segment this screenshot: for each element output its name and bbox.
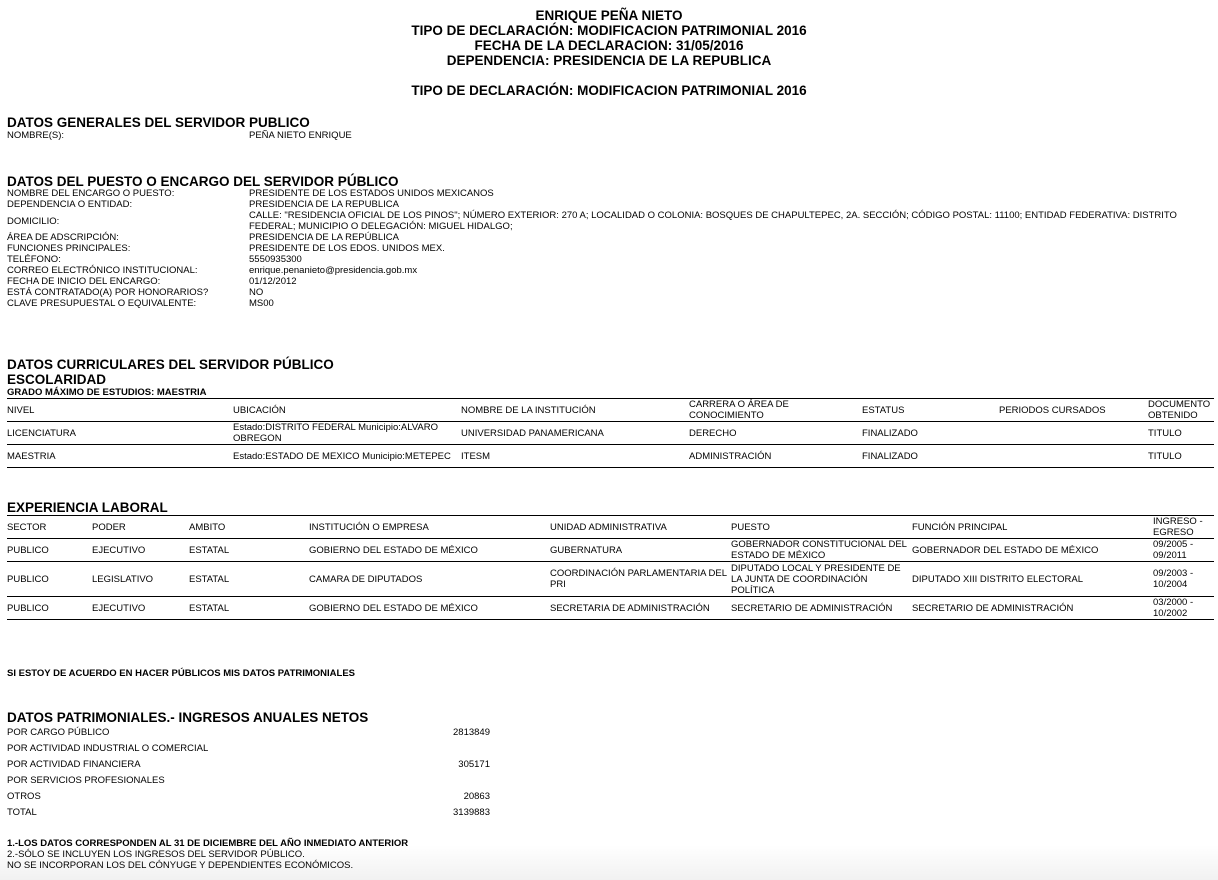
- kv-row: FUNCIONES PRINCIPALES:PRESIDENTE DE LOS …: [7, 243, 1209, 254]
- column-header: DOCUMENTO OBTENIDO: [1148, 399, 1214, 422]
- declaration-date: FECHA DE LA DECLARACION: 31/05/2016: [0, 38, 1218, 53]
- cell: 09/2005 - 09/2011: [1153, 539, 1214, 562]
- kv-value: PEÑA NIETO ENRIQUE: [249, 130, 1209, 141]
- cell: Estado:DISTRITO FEDERAL Municipio:ALVARO…: [233, 422, 461, 445]
- cell: PUBLICO: [7, 539, 92, 562]
- cell: TITULO: [1148, 422, 1214, 445]
- kv-row: NOMBRE DEL ENCARGO O PUESTO:PRESIDENTE D…: [7, 188, 1209, 199]
- declaration-dependency: DEPENDENCIA: PRESIDENCIA DE LA REPUBLICA: [0, 53, 1218, 68]
- cell: 09/2003 - 10/2004: [1153, 562, 1214, 597]
- column-header: INGRESO - EGRESO: [1153, 516, 1214, 539]
- cell: MAESTRIA: [7, 445, 233, 468]
- table-row: MAESTRIA Estado:ESTADO DE MEXICO Municip…: [7, 445, 1214, 468]
- kv-value: 01/12/2012: [249, 276, 1209, 287]
- kv-row: DOMICILIO:CALLE: "RESIDENCIA OFICIAL DE …: [7, 210, 1209, 232]
- income-row: POR CARGO PÚBLICO2813849: [7, 727, 490, 743]
- kv-label: ÁREA DE ADSCRIPCIÓN:: [7, 232, 249, 243]
- kv-row: CLAVE PRESUPUESTAL O EQUIVALENTE:MS00: [7, 298, 1209, 309]
- cell: TITULO: [1148, 445, 1214, 468]
- cell: ESTATAL: [189, 539, 309, 562]
- kv-value: PRESIDENCIA DE LA REPÚBLICA: [249, 232, 1209, 243]
- column-header: INSTITUCIÓN O EMPRESA: [309, 516, 550, 539]
- escolaridad-table: NIVEL UBICACIÓN NOMBRE DE LA INSTITUCIÓN…: [7, 398, 1214, 468]
- cell: SECRETARIA DE ADMINISTRACIÓN: [550, 597, 731, 620]
- kv-label: FUNCIONES PRINCIPALES:: [7, 243, 249, 254]
- experiencia-table: SECTOR PODER AMBITO INSTITUCIÓN O EMPRES…: [7, 515, 1214, 620]
- document-header: ENRIQUE PEÑA NIETO TIPO DE DECLARACIÓN: …: [0, 8, 1218, 98]
- income-row: POR SERVICIOS PROFESIONALES: [7, 775, 490, 791]
- cell: FINALIZADO: [862, 422, 999, 445]
- section-title-curriculares: DATOS CURRICULARES DEL SERVIDOR PÚBLICO: [7, 357, 334, 372]
- cell: SECRETARIO DE ADMINISTRACIÓN: [912, 597, 1153, 620]
- kv-row: TELÉFONO:5550935300: [7, 254, 1209, 265]
- table-header-row: NIVEL UBICACIÓN NOMBRE DE LA INSTITUCIÓN…: [7, 399, 1214, 422]
- table-header-row: SECTOR PODER AMBITO INSTITUCIÓN O EMPRES…: [7, 516, 1214, 539]
- kv-value: CALLE: "RESIDENCIA OFICIAL DE LOS PINOS"…: [249, 210, 1209, 232]
- datos-puesto-list: NOMBRE DEL ENCARGO O PUESTO:PRESIDENTE D…: [7, 188, 1209, 309]
- declaration-type: TIPO DE DECLARACIÓN: MODIFICACION PATRIM…: [0, 23, 1218, 38]
- column-header: NOMBRE DE LA INSTITUCIÓN: [461, 399, 689, 422]
- cell: GOBIERNO DEL ESTADO DE MÉXICO: [309, 597, 550, 620]
- cell: PUBLICO: [7, 562, 92, 597]
- cell: LEGISLATIVO: [92, 562, 189, 597]
- income-label: POR ACTIVIDAD FINANCIERA: [7, 759, 387, 775]
- column-header: FUNCIÓN PRINCIPAL: [912, 516, 1153, 539]
- footnotes: 1.-LOS DATOS CORRESPONDEN AL 31 DE DICIE…: [7, 838, 408, 871]
- cell: EJECUTIVO: [92, 597, 189, 620]
- income-label: TOTAL: [7, 807, 387, 823]
- kv-value: PRESIDENTE DE LOS ESTADOS UNIDOS MEXICAN…: [249, 188, 1209, 199]
- kv-value: MS00: [249, 298, 1209, 309]
- table-row: PUBLICO EJECUTIVO ESTATAL GOBIERNO DEL E…: [7, 597, 1214, 620]
- cell: COORDINACIÓN PARLAMENTARIA DEL PRI: [550, 562, 731, 597]
- column-header: AMBITO: [189, 516, 309, 539]
- cell: DIPUTADO LOCAL Y PRESIDENTE DE LA JUNTA …: [731, 562, 912, 597]
- income-label: POR SERVICIOS PROFESIONALES: [7, 775, 387, 791]
- column-header: UNIDAD ADMINISTRATIVA: [550, 516, 731, 539]
- cell: FINALIZADO: [862, 445, 999, 468]
- column-header: PUESTO: [731, 516, 912, 539]
- cell: GUBERNATURA: [550, 539, 731, 562]
- income-value: 20863: [387, 791, 490, 807]
- kv-label: DOMICILIO:: [7, 216, 249, 227]
- consent-statement: SI ESTOY DE ACUERDO EN HACER PÚBLICOS MI…: [7, 668, 355, 679]
- income-row: POR ACTIVIDAD INDUSTRIAL O COMERCIAL: [7, 743, 490, 759]
- kv-row: FECHA DE INICIO DEL ENCARGO:01/12/2012: [7, 276, 1209, 287]
- kv-value: PRESIDENTE DE LOS EDOS. UNIDOS MEX.: [249, 243, 1209, 254]
- cell: 03/2000 - 10/2002: [1153, 597, 1214, 620]
- footnote-1: 1.-LOS DATOS CORRESPONDEN AL 31 DE DICIE…: [7, 838, 408, 849]
- declarant-name: ENRIQUE PEÑA NIETO: [0, 8, 1218, 23]
- cell: Estado:ESTADO DE MEXICO Municipio:METEPE…: [233, 445, 461, 468]
- kv-row: NOMBRE(S): PEÑA NIETO ENRIQUE: [7, 130, 1209, 141]
- income-value: [387, 743, 490, 759]
- income-list: POR CARGO PÚBLICO2813849 POR ACTIVIDAD I…: [7, 727, 490, 823]
- column-header: PERIODOS CURSADOS: [999, 399, 1148, 422]
- kv-label: TELÉFONO:: [7, 254, 249, 265]
- kv-label: NOMBRE DEL ENCARGO O PUESTO:: [7, 188, 249, 199]
- kv-row: CORREO ELECTRÓNICO INSTITUCIONAL:enrique…: [7, 265, 1209, 276]
- income-value: 3139883: [387, 807, 490, 823]
- cell: ITESM: [461, 445, 689, 468]
- cell: GOBERNADOR CONSTITUCIONAL DEL ESTADO DE …: [731, 539, 912, 562]
- income-row: OTROS20863: [7, 791, 490, 807]
- kv-label: DEPENDENCIA O ENTIDAD:: [7, 199, 249, 210]
- kv-label: FECHA DE INICIO DEL ENCARGO:: [7, 276, 249, 287]
- table-row: LICENCIATURA Estado:DISTRITO FEDERAL Mun…: [7, 422, 1214, 445]
- cell: ESTATAL: [189, 562, 309, 597]
- kv-label: CORREO ELECTRÓNICO INSTITUCIONAL:: [7, 265, 249, 276]
- kv-label: CLAVE PRESUPUESTAL O EQUIVALENTE:: [7, 298, 249, 309]
- cell: CAMARA DE DIPUTADOS: [309, 562, 550, 597]
- cell: ADMINISTRACIÓN: [689, 445, 862, 468]
- income-value: [387, 775, 490, 791]
- cell: ESTATAL: [189, 597, 309, 620]
- income-row-total: TOTAL3139883: [7, 807, 490, 823]
- footnote-3: NO SE INCORPORAN LOS DEL CÓNYUGE Y DEPEN…: [7, 860, 408, 871]
- email-link[interactable]: enrique.penanieto@presidencia.gob.mx: [249, 265, 1209, 276]
- cell: SECRETARIO DE ADMINISTRACIÓN: [731, 597, 912, 620]
- kv-value: NO: [249, 287, 1209, 298]
- column-header: ESTATUS: [862, 399, 999, 422]
- section-title-datos-generales: DATOS GENERALES DEL SERVIDOR PUBLICO: [7, 115, 310, 130]
- income-label: POR ACTIVIDAD INDUSTRIAL O COMERCIAL: [7, 743, 387, 759]
- kv-row: ÁREA DE ADSCRIPCIÓN:PRESIDENCIA DE LA RE…: [7, 232, 1209, 243]
- table-row: PUBLICO LEGISLATIVO ESTATAL CAMARA DE DI…: [7, 562, 1214, 597]
- income-value: 2813849: [387, 727, 490, 743]
- kv-label: ESTÁ CONTRATADO(A) POR HONORARIOS?: [7, 287, 249, 298]
- cell: DIPUTADO XIII DISTRITO ELECTORAL: [912, 562, 1153, 597]
- column-header: NIVEL: [7, 399, 233, 422]
- column-header: UBICACIÓN: [233, 399, 461, 422]
- table-row: PUBLICO EJECUTIVO ESTATAL GOBIERNO DEL E…: [7, 539, 1214, 562]
- column-header: SECTOR: [7, 516, 92, 539]
- cell: EJECUTIVO: [92, 539, 189, 562]
- declaration-type-repeat: TIPO DE DECLARACIÓN: MODIFICACION PATRIM…: [0, 83, 1218, 98]
- cell: [999, 422, 1148, 445]
- income-row: POR ACTIVIDAD FINANCIERA305171: [7, 759, 490, 775]
- column-header: CARRERA O ÁREA DE CONOCIMIENTO: [689, 399, 862, 422]
- income-value: 305171: [387, 759, 490, 775]
- grado-maximo: GRADO MÁXIMO DE ESTUDIOS: MAESTRIA: [7, 387, 207, 398]
- income-label: OTROS: [7, 791, 387, 807]
- cell: DERECHO: [689, 422, 862, 445]
- kv-label: NOMBRE(S):: [7, 130, 249, 141]
- cell: LICENCIATURA: [7, 422, 233, 445]
- cell: UNIVERSIDAD PANAMERICANA: [461, 422, 689, 445]
- cell: GOBERNADOR DEL ESTADO DE MÉXICO: [912, 539, 1153, 562]
- section-title-datos-puesto: DATOS DEL PUESTO O ENCARGO DEL SERVIDOR …: [7, 174, 399, 189]
- footnote-2: 2.-SÓLO SE INCLUYEN LOS INGRESOS DEL SER…: [7, 849, 408, 860]
- datos-generales-list: NOMBRE(S): PEÑA NIETO ENRIQUE: [7, 130, 1209, 141]
- income-label: POR CARGO PÚBLICO: [7, 727, 387, 743]
- kv-value: PRESIDENCIA DE LA REPUBLICA: [249, 199, 1209, 210]
- kv-row: DEPENDENCIA O ENTIDAD:PRESIDENCIA DE LA …: [7, 199, 1209, 210]
- column-header: PODER: [92, 516, 189, 539]
- kv-row: ESTÁ CONTRATADO(A) POR HONORARIOS?NO: [7, 287, 1209, 298]
- section-title-experiencia: EXPERIENCIA LABORAL: [7, 500, 168, 515]
- cell: PUBLICO: [7, 597, 92, 620]
- kv-value: 5550935300: [249, 254, 1209, 265]
- subsection-title-escolaridad: ESCOLARIDAD: [7, 372, 106, 387]
- cell: [999, 445, 1148, 468]
- cell: GOBIERNO DEL ESTADO DE MÉXICO: [309, 539, 550, 562]
- section-title-patrimoniales: DATOS PATRIMONIALES.- INGRESOS ANUALES N…: [7, 710, 368, 725]
